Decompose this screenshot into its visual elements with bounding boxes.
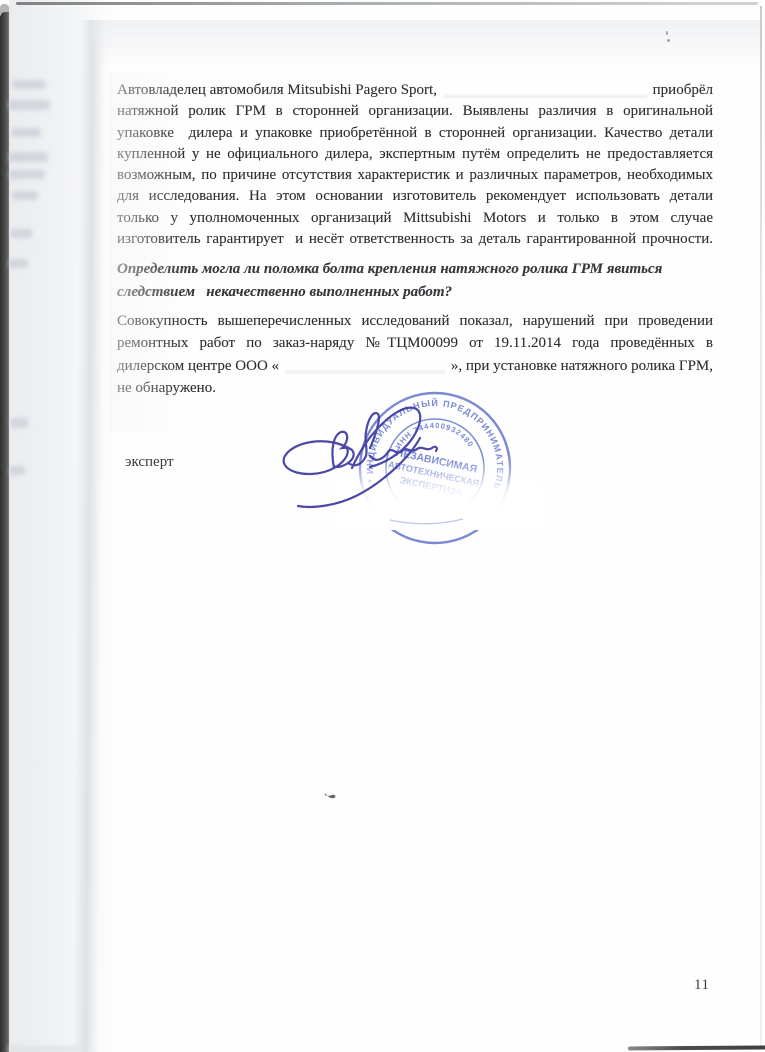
text-line: купленной у не официального дилера, эксп… bbox=[117, 144, 713, 165]
text-segment: дилерском центре ООО « bbox=[117, 355, 279, 377]
text-segment: », при установке натяжного ролика ГРМ, bbox=[451, 355, 713, 377]
page-number: 11 bbox=[694, 977, 709, 994]
scan-speck bbox=[667, 39, 670, 42]
bleed-through-text bbox=[10, 418, 28, 428]
expert-signature bbox=[268, 398, 448, 518]
bleed-through-text bbox=[8, 152, 48, 162]
text-line: возможным, по причине отсутствия характе… bbox=[117, 165, 713, 186]
text-line: натяжной ролик ГРМ в сторонней организац… bbox=[117, 101, 713, 122]
bleed-through-text bbox=[8, 259, 28, 268]
bleed-through-text bbox=[8, 100, 50, 110]
text-segment: Автовладелец автомобиля Mitsubishi Pager… bbox=[117, 80, 437, 101]
paragraph-conclusion-part: Автовладелец автомобиля Mitsubishi Pager… bbox=[117, 80, 713, 250]
scan-edge-artifact bbox=[16, 2, 758, 5]
bleed-through-text bbox=[10, 229, 32, 238]
text-line: Совокупность вышеперечисленных исследова… bbox=[117, 310, 713, 332]
scan-speck bbox=[666, 31, 668, 35]
scan-edge-artifact bbox=[760, 6, 762, 1046]
bleed-through-text bbox=[11, 128, 41, 137]
bleed-through-text bbox=[9, 170, 45, 179]
bleed-through-text bbox=[12, 80, 46, 89]
text-line: ремонтных работ по заказ-наряду №ТЦМ0009… bbox=[117, 332, 713, 354]
text-line: Определить могла ли поломка болта крепле… bbox=[117, 258, 713, 281]
expert-question: Определить могла ли поломка болта крепле… bbox=[117, 258, 713, 304]
scanned-document-page: Автовладелец автомобиля Mitsubishi Pager… bbox=[0, 0, 765, 1052]
redacted-gap bbox=[443, 80, 647, 101]
text-line: для исследования. На этом основании изго… bbox=[117, 186, 713, 207]
text-segment: приобрёл bbox=[653, 80, 713, 101]
scan-edge-artifact bbox=[8, 1046, 78, 1052]
bleed-through-text bbox=[12, 191, 38, 200]
stray-mark bbox=[322, 790, 340, 804]
text-line: Автовладелец автомобиля Mitsubishi Pager… bbox=[117, 80, 713, 101]
text-line: упаковке дилера и упаковке приобретённой… bbox=[117, 123, 713, 144]
text-line: следствием некачественно выполненных раб… bbox=[117, 281, 713, 304]
text-line: изготовитель гарантирует и несёт ответст… bbox=[117, 229, 713, 250]
scan-shadow-band bbox=[92, 20, 760, 70]
expert-label: эксперт bbox=[125, 454, 174, 471]
text-line: только у уполномоченных организаций Mitt… bbox=[117, 208, 713, 229]
bleed-through-text bbox=[9, 466, 25, 475]
text-line: дилерском центре ООО « », при установке … bbox=[117, 355, 713, 377]
redacted-gap bbox=[285, 355, 445, 377]
scan-edge-artifact bbox=[628, 1046, 765, 1051]
